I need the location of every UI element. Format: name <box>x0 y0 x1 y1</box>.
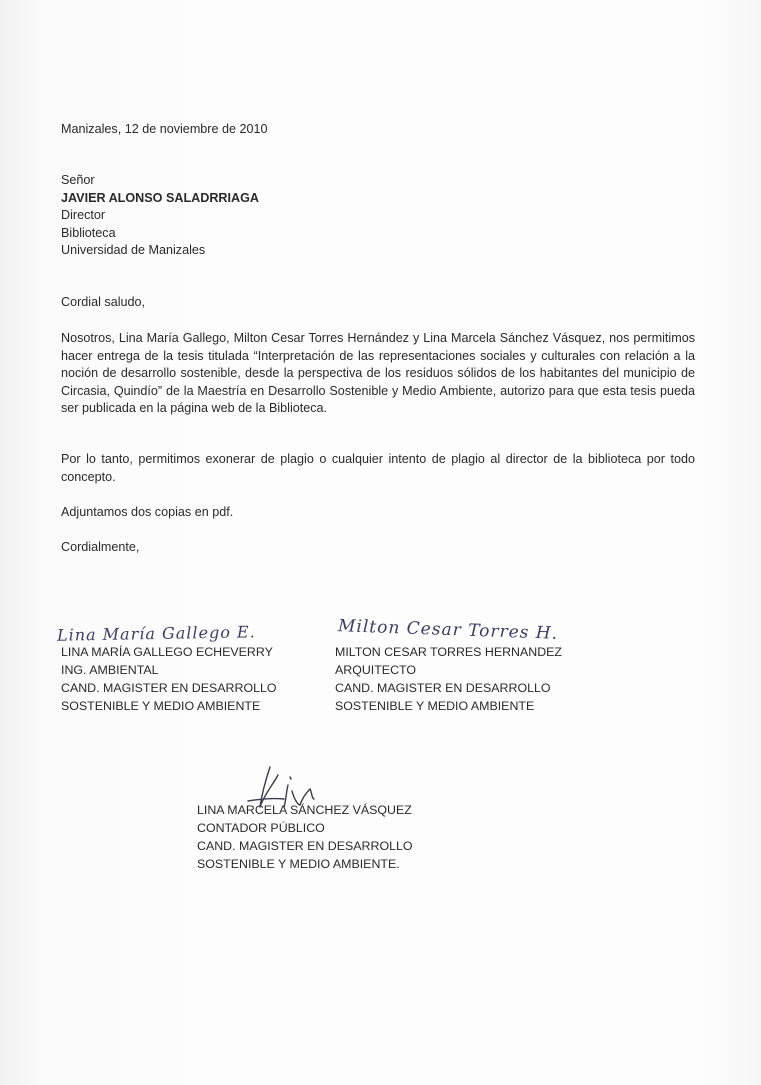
recipient-salutation: Señor <box>61 172 259 190</box>
scanned-letter-page: Manizales, 12 de noviembre de 2010 Señor… <box>0 0 761 1085</box>
recipient-department: Biblioteca <box>61 225 259 243</box>
date-line: Manizales, 12 de noviembre de 2010 <box>61 121 268 139</box>
recipient-institution: Universidad de Manizales <box>61 242 259 260</box>
signature-block-1: LINA MARÍA GALLEGO ECHEVERRY ING. AMBIEN… <box>61 643 277 715</box>
closing: Cordialmente, <box>61 539 139 557</box>
body-paragraph-2: Por lo tanto, permitimos exonerar de pla… <box>61 451 695 486</box>
handwritten-signature-1: Lina María Gallego E. <box>57 622 256 644</box>
greeting: Cordial saludo, <box>61 294 145 312</box>
signatory-name: MILTON CESAR TORRES HERNANDEZ <box>335 643 562 661</box>
signatory-candidacy-line-2: SOSTENIBLE Y MEDIO AMBIENTE. <box>197 855 413 873</box>
signatory-candidacy-line-1: CAND. MAGISTER EN DESARROLLO <box>335 679 562 697</box>
signatory-candidacy-line-1: CAND. MAGISTER EN DESARROLLO <box>197 837 413 855</box>
signatory-candidacy-line-1: CAND. MAGISTER EN DESARROLLO <box>61 679 277 697</box>
signatory-profession: CONTADOR PÚBLICO <box>197 819 413 837</box>
recipient-title: Director <box>61 207 259 225</box>
handwritten-signature-2: Milton Cesar Torres H. <box>338 616 559 644</box>
signatory-name: LINA MARÍA GALLEGO ECHEVERRY <box>61 643 277 661</box>
signatory-name: LINA MARCELA SÁNCHEZ VÁSQUEZ <box>197 801 413 819</box>
signatory-candidacy-line-2: SOSTENIBLE Y MEDIO AMBIENTE <box>335 697 562 715</box>
recipient-block: Señor JAVIER ALONSO SALADRRIAGA Director… <box>61 172 259 260</box>
signatory-candidacy-line-2: SOSTENIBLE Y MEDIO AMBIENTE <box>61 697 277 715</box>
signatory-profession: ING. AMBIENTAL <box>61 661 277 679</box>
recipient-name: JAVIER ALONSO SALADRRIAGA <box>61 190 259 208</box>
body-paragraph-1: Nosotros, Lina María Gallego, Milton Ces… <box>61 330 695 418</box>
attachment-note: Adjuntamos dos copias en pdf. <box>61 504 233 522</box>
signature-block-3: LINA MARCELA SÁNCHEZ VÁSQUEZ CONTADOR PÚ… <box>197 801 413 873</box>
signatory-profession: ARQUITECTO <box>335 661 562 679</box>
signature-block-2: MILTON CESAR TORRES HERNANDEZ ARQUITECTO… <box>335 643 562 715</box>
